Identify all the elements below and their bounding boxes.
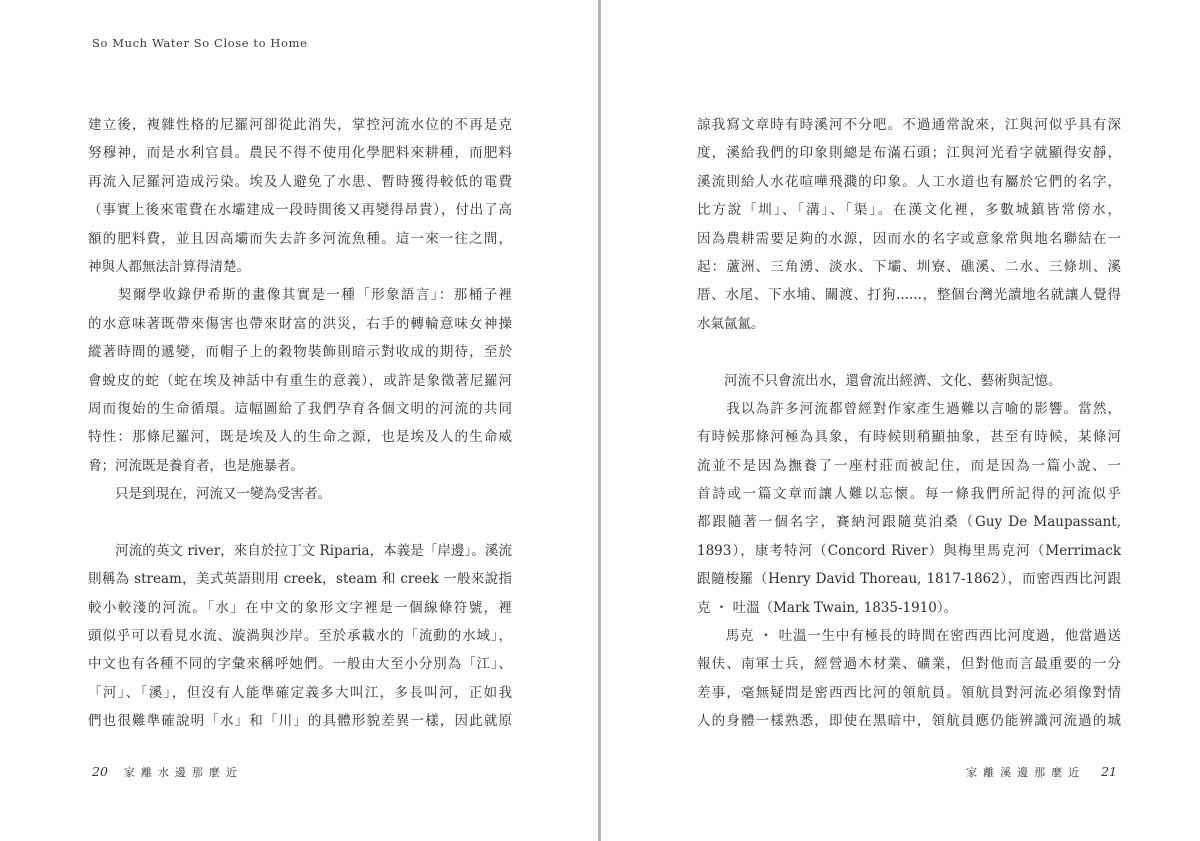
text-line: 「河」、「溪」，但沒有人能準確定義多大叫江，多長叫河，正如我 — [88, 679, 512, 707]
text-line: 克 ・ 吐溫（Mark Twain, 1835-1910）。 — [697, 594, 1121, 622]
text-line: 只是到現在，河流又一變為受害者。 — [88, 480, 512, 508]
text-line: 再流入尼羅河造成污染。埃及人避免了水患、暫時獲得較低的電費 — [88, 168, 512, 196]
text-line: 流並不是因為撫養了一座村莊而被記住，而是因為一篇小說、一 — [697, 452, 1121, 480]
text-line: 特性：那條尼羅河，既是埃及人的生命之源，也是埃及人的生命威 — [88, 423, 512, 451]
text-line: 跟隨梭羅（Henry David Thoreau, 1817-1862），而密西… — [697, 565, 1121, 593]
text-line: 差事，毫無疑問是密西西比河的領航員。領航員對河流必須像對情 — [697, 679, 1121, 707]
text-line: 周而復始的生命循環。這幅圖給了我們孕育各個文明的河流的共同 — [88, 395, 512, 423]
text-line: 馬克 ・ 吐溫一生中有極長的時間在密西西比河度過，他當過送 — [697, 622, 1121, 650]
left-page-number: 20 — [92, 764, 108, 779]
text-line: 額的肥料費，並且因高壩而失去許多河流魚種。這一來一往之間， — [88, 225, 512, 253]
text-line: 建立後，複雜性格的尼羅河卻從此消失，掌控河流水位的不再是克 — [88, 111, 512, 139]
text-line: 首詩或一篇文章而讓人難以忘懷。每一條我們所記得的河流似乎 — [697, 480, 1121, 508]
text-line: 中文也有各種不同的字彙來稱呼她們。一般由大至小分別為「江」、 — [88, 650, 512, 678]
text-line: 報伕、南軍士兵，經營過木材業、礦業，但對他而言最重要的一分 — [697, 650, 1121, 678]
text-line: 縱著時間的遞變，而帽子上的穀物裝飾則暗示對收成的期待，至於 — [88, 338, 512, 366]
text-line: 神與人都無法計算得清楚。 — [88, 253, 512, 281]
text-line: 契爾學收錄伊希斯的畫像其實是一種「形象語言」：那桶子裡 — [88, 281, 512, 309]
text-line: 起：蘆洲、三角湧、淡水、下壩、圳寮、礁溪、二水、三條圳、溪 — [697, 253, 1121, 281]
text-line: 1893），康考特河（Concord River）與梅里馬克河（Merrimac… — [697, 537, 1121, 565]
text-line: （事實上後來電費在水壩建成一段時間後又再變得昂貴），付出了高 — [88, 196, 512, 224]
text-line: 因為農耕需要足夠的水源，因而水的名字或意象常與地名聯結在一 — [697, 225, 1121, 253]
text-line: 水氣氤氳。 — [697, 310, 1121, 338]
text-line: 的水意味著既帶來傷害也帶來財富的洪災，右手的轉輪意味女神操 — [88, 310, 512, 338]
blank-line — [697, 338, 1121, 366]
text-line: 脅；河流既是養育者，也是施暴者。 — [88, 452, 512, 480]
text-line: 溪流則給人水花喧嘩飛濺的印象。人工水道也有屬於它們的名字， — [697, 168, 1121, 196]
text-line: 厝、水尾、下水埔、關渡、打狗......，整個台灣光讀地名就讓人覺得 — [697, 281, 1121, 309]
right-page-number: 21 — [1101, 764, 1117, 779]
text-line: 人的身體一樣熟悉，即使在黑暗中，領航員應仍能辨識河流過的城 — [697, 707, 1121, 735]
right-page-body: 諒我寫文章時有時溪河不分吧。不過通常說來，江與河似乎具有深度，溪給我們的印象則總… — [697, 111, 1121, 736]
running-header: So Much Water So Close to Home — [92, 36, 307, 50]
text-line: 頭似乎可以看見水流、漩渦與沙岸。至於承載水的「流動的水域」， — [88, 622, 512, 650]
text-line: 河流不只會流出水，還會流出經濟、文化、藝術與記憶。 — [697, 367, 1121, 395]
text-line: 我以為許多河流都曾經對作家產生過難以言喻的影響。當然， — [697, 395, 1121, 423]
text-line: 會蛻皮的蛇（蛇在埃及神話中有重生的意義），或許是象徵著尼羅河 — [88, 367, 512, 395]
book-spread: So Much Water So Close to Home 建立後，複雜性格的… — [0, 0, 1200, 841]
text-line: 比方說「圳」、「溝」、「渠」。在漢文化裡，多數城鎮皆常傍水， — [697, 196, 1121, 224]
text-line: 則稱為 stream，美式英語則用 creek，steam 和 creek 一般… — [88, 565, 512, 593]
page-gutter-divider — [598, 0, 601, 841]
right-page-footer: 家離溪邊那麼近21 — [966, 764, 1117, 780]
text-line: 度，溪給我們的印象則總是布滿石頭；江與河光看字就顯得安靜， — [697, 139, 1121, 167]
text-line: 們也很難準確說明「水」和「川」的具體形貌差異一樣，因此就原 — [88, 707, 512, 735]
blank-line — [88, 508, 512, 536]
text-line: 有時候那條河極為具象，有時候則稍顯抽象，甚至有時候，某條河 — [697, 423, 1121, 451]
text-line: 河流的英文 river，來自於拉丁文 Riparia，本義是「岸邊」。溪流 — [88, 537, 512, 565]
text-line: 努穆神，而是水利官員。農民不得不使用化學肥料來耕種，而肥料 — [88, 139, 512, 167]
right-footer-title: 家離溪邊那麼近 — [966, 766, 1085, 779]
left-footer-title: 家離水邊那麼近 — [124, 766, 243, 779]
text-line: 諒我寫文章時有時溪河不分吧。不過通常說來，江與河似乎具有深 — [697, 111, 1121, 139]
left-page-body: 建立後，複雜性格的尼羅河卻從此消失，掌控河流水位的不再是克努穆神，而是水利官員。… — [88, 111, 512, 736]
text-line: 都跟隨著一個名字，賽納河跟隨莫泊桑（Guy De Maupassant, 185… — [697, 508, 1121, 536]
text-line: 較小較淺的河流。「水」在中文的象形文字裡是一個線條符號，裡 — [88, 594, 512, 622]
left-page-footer: 20家離水邊那麼近 — [92, 764, 243, 780]
